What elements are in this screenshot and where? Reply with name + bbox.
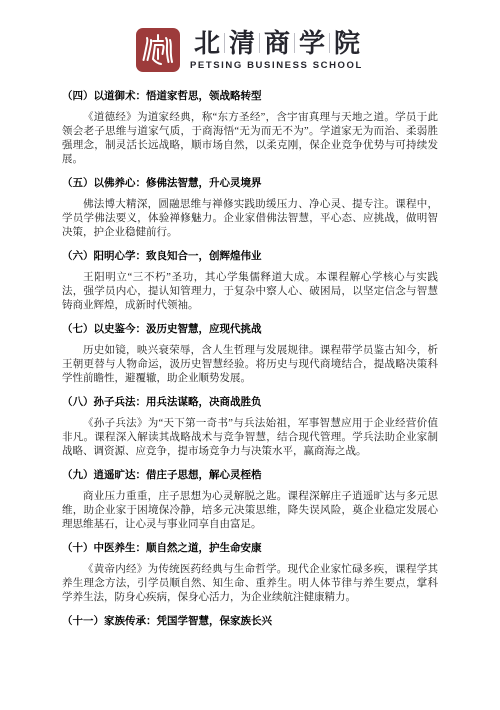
section-10: （十）中医养生：顺自然之道，护生命安康 《黄帝内经》为传统医药经典与生命哲学。现… bbox=[62, 542, 438, 605]
section-8: （八）孙子兵法：用兵法谋略，决商战胜负 《孙子兵法》为“天下第一奇书”与兵法始祖… bbox=[62, 396, 438, 459]
section-body: 历史如镜，映兴衰荣辱，含人生哲理与发展规律。课程带学员鉴古知今，析王朝更替与人物… bbox=[62, 344, 438, 386]
section-5: （五）以佛养心：修佛法智慧，升心灵境界 佛法博大精深，圆融思维与禅修实践助缓压力… bbox=[62, 177, 438, 240]
section-heading: （七）以史鉴今：汲历史智慧，应现代挑战 bbox=[62, 323, 438, 337]
section-heading: （十）中医养生：顺自然之道，护生命安康 bbox=[62, 542, 438, 556]
logo-cn-char: 学 bbox=[295, 29, 329, 57]
logo-cn-name: 北 清 商 学 院 bbox=[190, 29, 364, 57]
seal-icon bbox=[136, 28, 180, 72]
section-9: （九）逍遥旷达：借庄子思想，解心灵桎梏 商业压力重重，庄子思想为心灵解脱之匙。课… bbox=[62, 469, 438, 532]
section-heading: （四）以道御术：悟道家哲思，领战略转型 bbox=[62, 90, 438, 104]
section-heading: （九）逍遥旷达：借庄子思想，解心灵桎梏 bbox=[62, 469, 438, 483]
section-heading: （五）以佛养心：修佛法智慧，升心灵境界 bbox=[62, 177, 438, 191]
section-body: 商业压力重重，庄子思想为心灵解脱之匙。课程深解庄子逍遥旷达与多元思维，助企业家于… bbox=[62, 490, 438, 532]
section-heading: （十一）家族传承：凭国学智慧，保家族长兴 bbox=[62, 615, 438, 629]
school-logo: 北 清 商 学 院 PETSING BUSINESS SCHOOL bbox=[62, 28, 438, 72]
section-heading: （六）阳明心学：致良知合一，创辉煌伟业 bbox=[62, 250, 438, 264]
section-4: （四）以道御术：悟道家哲思，领战略转型 《道德经》为道家经典，称“东方圣经”，含… bbox=[62, 90, 438, 167]
document-page: 北 清 商 学 院 PETSING BUSINESS SCHOOL （四）以道御… bbox=[0, 0, 500, 710]
logo-en-name: PETSING BUSINESS SCHOOL bbox=[190, 60, 364, 71]
logo-cn-char: 商 bbox=[260, 29, 294, 57]
logo-cn-char: 北 bbox=[190, 29, 224, 57]
section-body: 《黄帝内经》为传统医药经典与生命哲学。现代企业家忙碌多疾，课程学其养生理念方法，… bbox=[62, 563, 438, 605]
section-heading: （八）孙子兵法：用兵法谋略，决商战胜负 bbox=[62, 396, 438, 410]
section-body: 《道德经》为道家经典，称“东方圣经”，含宇宙真理与天地之道。学员于此领会老子思维… bbox=[62, 111, 438, 167]
document-content: （四）以道御术：悟道家哲思，领战略转型 《道德经》为道家经典，称“东方圣经”，含… bbox=[62, 90, 438, 629]
logo-cn-char: 院 bbox=[330, 29, 364, 57]
logo-cn-char: 清 bbox=[225, 29, 259, 57]
section-11: （十一）家族传承：凭国学智慧，保家族长兴 bbox=[62, 615, 438, 629]
section-6: （六）阳明心学：致良知合一，创辉煌伟业 王阳明立“三不朽”圣功，其心学集儒释道大… bbox=[62, 250, 438, 313]
section-body: 王阳明立“三不朽”圣功，其心学集儒释道大成。本课程解心学核心与实践法，强学员内心… bbox=[62, 271, 438, 313]
section-body: 《孙子兵法》为“天下第一奇书”与兵法始祖，军事智慧应用于企业经营价值非凡。课程深… bbox=[62, 417, 438, 459]
logo-text: 北 清 商 学 院 PETSING BUSINESS SCHOOL bbox=[190, 29, 364, 71]
section-body: 佛法博大精深，圆融思维与禅修实践助缓压力、净心灵、提专注。课程中，学员学佛法要义… bbox=[62, 198, 438, 240]
section-7: （七）以史鉴今：汲历史智慧，应现代挑战 历史如镜，映兴衰荣辱，含人生哲理与发展规… bbox=[62, 323, 438, 386]
